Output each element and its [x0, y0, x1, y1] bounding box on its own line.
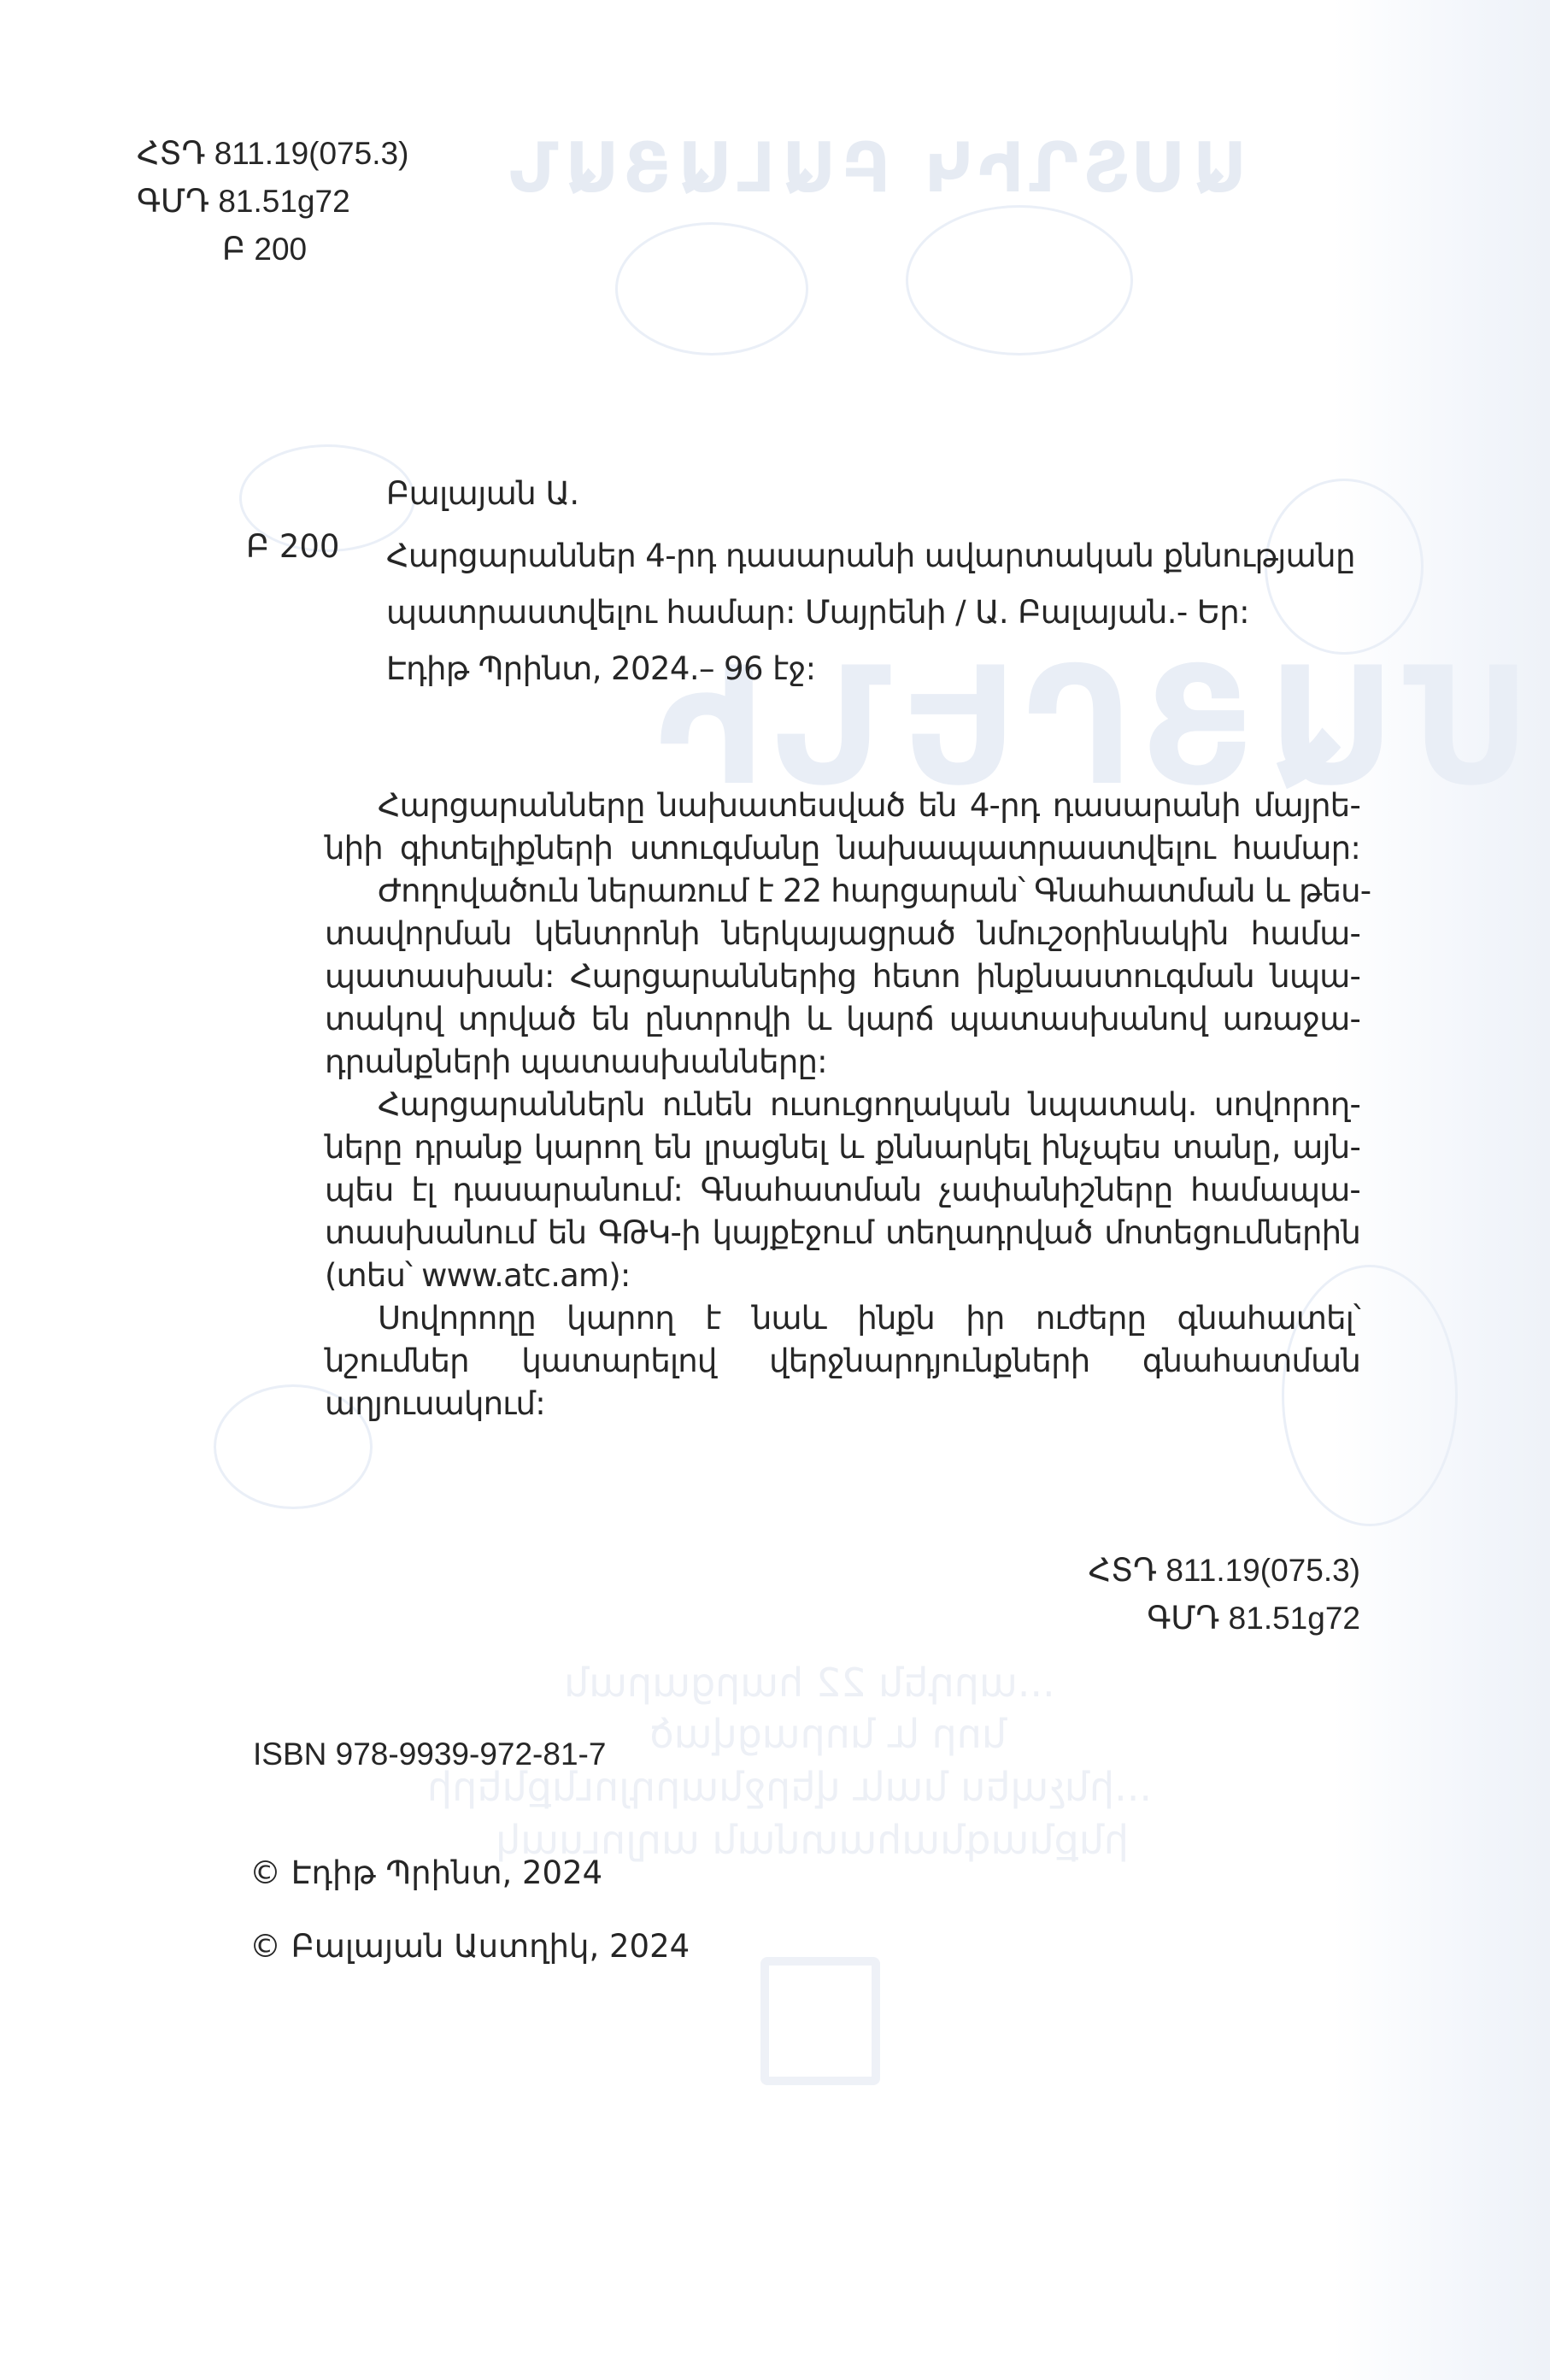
- biblio-line: Հարցարաններ 4-րդ դասարանի ավարտական քննո…: [386, 528, 1360, 585]
- annotation-line: տավորման կենտրոնի ներկայացրած նմուշօրինա…: [325, 913, 1360, 955]
- biblio-line: Էդիթ Պրինտ, 2024.– 96 էջ:: [386, 641, 1360, 697]
- annotation-line: նշումներ կատարելով վերջնարդյունքների գնա…: [325, 1340, 1360, 1383]
- annotation-line: դրանքների պատասխանները:: [325, 1041, 1360, 1084]
- classification-codes-bottom: ՀՏԴ 811.19(075.3) ԳՄԴ 81.51g72: [1089, 1547, 1360, 1642]
- lbc-code: ԳՄԴ 81.51g72: [137, 178, 408, 226]
- bleed-through-title: ԱՍՏՂԻԿ ԲԱԼԱՅԱՆ: [504, 128, 1247, 208]
- catalog-mark: Բ 200: [246, 528, 339, 565]
- decorative-swirl: [906, 205, 1133, 356]
- copyright-publisher: © Էդիթ Պրինտ, 2024: [250, 1854, 602, 1891]
- classification-codes-top: ՀՏԴ 811.19(075.3) ԳՄԴ 81.51g72 Բ 200: [137, 130, 408, 273]
- annotation-line: աղյուսակում:: [325, 1383, 1360, 1425]
- bleed-through-line: նոր և նորացված: [649, 1711, 1007, 1757]
- lbc-code: ԳՄԴ 81.51g72: [1089, 1595, 1360, 1642]
- annotation-line: Սովորողը կարող է նաև ինքն իր ուժերը գնահ…: [325, 1297, 1360, 1340]
- annotation-line: պես էլ դասարանում: Գնահատման չափանիշները…: [325, 1169, 1360, 1212]
- biblio-line: պատրաստվելու համար: Մայրենի / Ա. Բալայան…: [386, 585, 1360, 641]
- annotation-line: ները դրանք կարող են լրացնել և քննարկել ի…: [325, 1126, 1360, 1169]
- copyright-author: © Բալայան Աստղիկ, 2024: [250, 1928, 690, 1965]
- bleed-through-line: ...արդեն 22 հարցարան: [564, 1660, 1055, 1706]
- author-mark: Բ 200: [137, 226, 408, 273]
- annotation-line: Ժողովածուն ներառում է 22 հարցարան՝ Գնահա…: [325, 870, 1360, 913]
- annotation-line: պատասխան: Հարցարաններից հետո ինքնաստուգմ…: [325, 955, 1360, 998]
- annotation-line: նիի գիտելիքների ստուգմանը նախապատրաստվել…: [325, 827, 1360, 870]
- bibliographic-description: Հարցարաններ 4-րդ դասարանի ավարտական քննո…: [386, 528, 1360, 697]
- annotation-line: տասխանում են ԳԹԿ-ի կայքէջում տեղադրված մ…: [325, 1212, 1360, 1255]
- annotation-line: Հարցարաններն ունեն ուսուցողական նպատակ. …: [325, 1084, 1360, 1126]
- annotation-line: Հարցարանները նախատեսված են 4-րդ դասարանի…: [325, 785, 1360, 827]
- author-heading: Բալայան Ա.: [386, 475, 579, 512]
- annotation-line: (տես՝ www.atc.am):: [325, 1255, 1360, 1297]
- isbn: ISBN 978-9939-972-81-7: [253, 1737, 606, 1772]
- publisher-logo-bleed: [760, 1957, 880, 2085]
- udc-code: ՀՏԴ 811.19(075.3): [137, 130, 408, 178]
- annotation-text: Հարցարանները նախատեսված են 4-րդ դասարանի…: [325, 785, 1360, 1425]
- udc-code: ՀՏԴ 811.19(075.3): [1089, 1547, 1360, 1595]
- decorative-swirl: [615, 222, 808, 356]
- annotation-line: տակով տրված են ընտրովի և կարճ պատասխանով…: [325, 998, 1360, 1041]
